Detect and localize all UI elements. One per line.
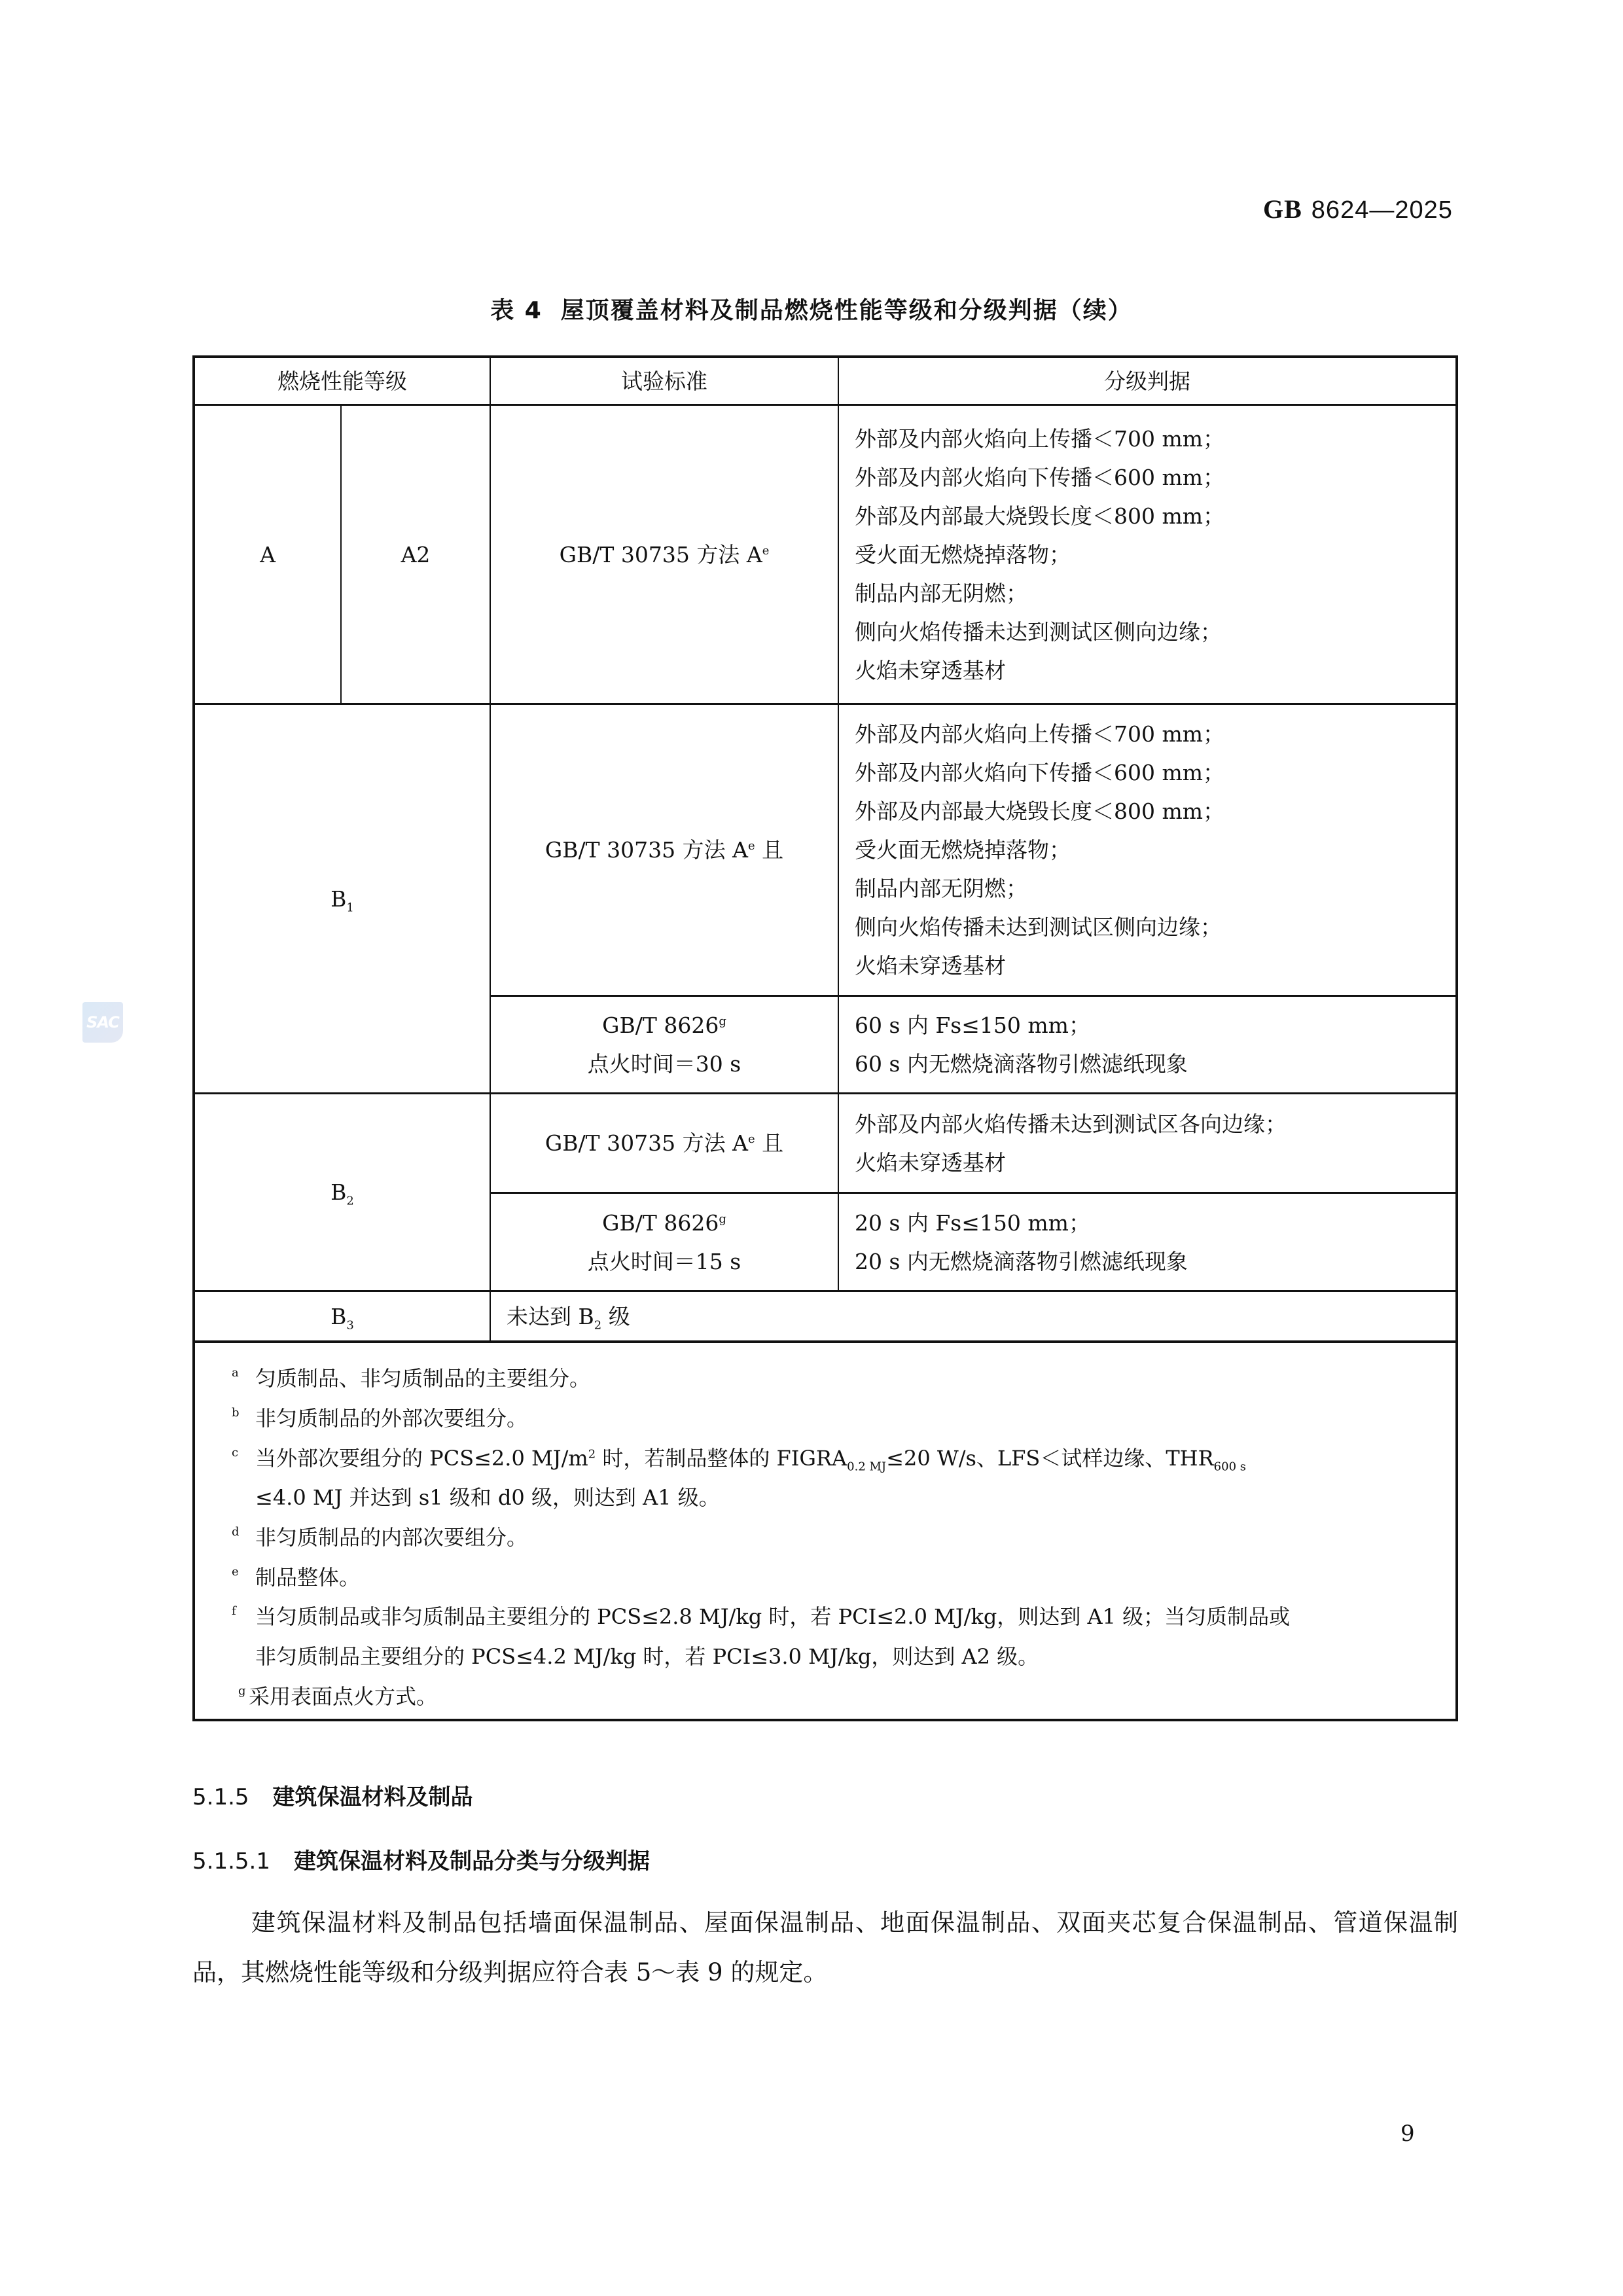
- class-letter: B: [330, 1304, 346, 1329]
- ignition-time: 点火时间＝30 s: [588, 1045, 741, 1083]
- criterion: 外部及内部火焰向下传播＜600 mm；: [855, 753, 1224, 792]
- footnote-text: 时，若制品整体的 FIGRA: [596, 1446, 847, 1471]
- class-cell-a: A: [195, 406, 340, 703]
- footnote-ref: e: [748, 839, 755, 853]
- footnote-mark: e: [232, 1559, 239, 1585]
- body-paragraph: 建筑保温材料及制品包括墙面保温制品、屋面保温制品、地面保温制品、双面夹芯复合保温…: [192, 1898, 1458, 1998]
- footnote-divider: [192, 1340, 1458, 1343]
- criterion: 60 s 内 Fs≤150 mm；: [855, 1006, 1090, 1045]
- column-header-criteria: 分级判据: [839, 358, 1455, 404]
- criterion: 火焰未穿透基材: [855, 1143, 1006, 1182]
- section-heading-5-1-5-1: 5.1.5.1建筑保温材料及制品分类与分级判据: [192, 1843, 650, 1875]
- footnote-ref: e: [748, 1132, 755, 1146]
- b3-subscript: 2: [594, 1318, 601, 1332]
- criterion: 受火面无燃烧掉落物；: [855, 831, 1071, 869]
- table-title: 屋顶覆盖材料及制品燃烧性能等级和分级判据（续）: [561, 297, 1133, 324]
- section-title: 建筑保温材料及制品分类与分级判据: [294, 1848, 650, 1874]
- doc-prefix: GB: [1263, 194, 1302, 224]
- footnote-text: 制品整体。: [255, 1565, 360, 1590]
- class-letter: B: [330, 886, 346, 912]
- criterion: 20 s 内 Fs≤150 mm；: [855, 1204, 1090, 1242]
- footnote-text: 非匀质制品主要组分的 PCS≤4.2 MJ/kg 时，若 PCI≤3.0 MJ/…: [255, 1644, 1039, 1669]
- class-cell-b2: B2: [195, 1094, 490, 1290]
- footnote-text: 采用表面点火方式。: [249, 1684, 437, 1709]
- footnote-text: ≤20 W/s、LFS＜试样边缘、THR: [886, 1446, 1214, 1471]
- standard-text: GB/T 30735 方法 A: [545, 837, 748, 863]
- footnote-c: c当外部次要组分的 PCS≤2.0 MJ/m2 时，若制品整体的 FIGRA0.…: [255, 1445, 1246, 1471]
- footnote-ref: g: [719, 1014, 726, 1028]
- footnote-mark: d: [232, 1519, 240, 1545]
- criterion: 火焰未穿透基材: [855, 946, 1006, 985]
- column-header-standard: 试验标准: [491, 358, 838, 404]
- footnote-b: b非匀质制品的外部次要组分。: [255, 1405, 527, 1431]
- footnote-mark: b: [232, 1400, 240, 1426]
- criterion: 受火面无燃烧掉落物；: [855, 535, 1071, 574]
- b3-text-suffix: 级: [601, 1304, 630, 1329]
- criterion: 外部及内部最大烧毁长度＜800 mm；: [855, 792, 1224, 831]
- criterion: 火焰未穿透基材: [855, 651, 1006, 690]
- subclass-cell-a2: A2: [342, 406, 490, 703]
- criterion: 外部及内部最大烧毁长度＜800 mm；: [855, 497, 1224, 535]
- doc-number: 8624—2025: [1311, 196, 1453, 224]
- standard-text: GB/T 30735 方法 A: [545, 1130, 748, 1156]
- b3-criteria-cell: 未达到 B2 级: [491, 1292, 1455, 1340]
- subscript: 600 s: [1214, 1460, 1246, 1473]
- criteria-cell: 60 s 内 Fs≤150 mm； 60 s 内无燃烧滴落物引燃滤纸现象: [839, 997, 1455, 1092]
- footnote-a: a匀质制品、非匀质制品的主要组分。: [255, 1365, 590, 1391]
- table-caption: 表 4屋顶覆盖材料及制品燃烧性能等级和分级判据（续）: [0, 292, 1623, 325]
- footnote-f: f当匀质制品或非匀质制品主要组分的 PCS≤2.8 MJ/kg 时，若 PCI≤…: [255, 1604, 1290, 1630]
- footnote-mark: f: [232, 1598, 236, 1624]
- b3-text: 未达到 B: [507, 1304, 594, 1329]
- criterion: 制品内部无阴燃；: [855, 869, 1027, 908]
- document-number: GB8624—2025: [1263, 194, 1453, 224]
- class-subscript: 1: [346, 901, 353, 914]
- criteria-cell: 20 s 内 Fs≤150 mm； 20 s 内无燃烧滴落物引燃滤纸现象: [839, 1194, 1455, 1290]
- criterion: 外部及内部火焰向上传播＜700 mm；: [855, 420, 1224, 458]
- criteria-cell: 外部及内部火焰传播未达到测试区各向边缘； 火焰未穿透基材: [839, 1094, 1455, 1192]
- ignition-time: 点火时间＝15 s: [588, 1242, 741, 1281]
- standard-cell: GB/T 30735 方法 Ae 且: [491, 705, 838, 995]
- footnote-d: d非匀质制品的内部次要组分。: [255, 1524, 527, 1551]
- criterion: 60 s 内无燃烧滴落物引燃滤纸现象: [855, 1045, 1188, 1083]
- column-header-class: 燃烧性能等级: [195, 358, 490, 404]
- footnote-mark: g: [238, 1678, 246, 1704]
- section-number: 5.1.5: [192, 1784, 249, 1810]
- class-letter: B: [330, 1179, 346, 1205]
- standard-text: GB/T 8626: [602, 1210, 719, 1236]
- criterion: 侧向火焰传播未达到测试区侧向边缘；: [855, 613, 1222, 651]
- criterion: 外部及内部火焰传播未达到测试区各向边缘；: [855, 1105, 1287, 1143]
- footnote-ref: g: [719, 1212, 726, 1226]
- footnote-mark: c: [232, 1440, 238, 1466]
- section-heading-5-1-5: 5.1.5建筑保温材料及制品: [192, 1779, 473, 1811]
- standard-text: GB/T 30735 方法 A: [560, 542, 762, 567]
- table-number: 表 4: [490, 297, 543, 324]
- criterion: 外部及内部火焰向上传播＜700 mm；: [855, 715, 1224, 753]
- standard-cell: GB/T 30735 方法 Ae 且: [491, 1094, 838, 1192]
- section-number: 5.1.5.1: [192, 1848, 270, 1874]
- footnote-g: g采用表面点火方式。: [249, 1683, 437, 1710]
- standard-cell: GB/T 30735 方法 Ae: [491, 406, 838, 703]
- standard-cell: GB/T 8626g 点火时间＝30 s: [491, 997, 838, 1092]
- class-subscript: 2: [346, 1194, 353, 1208]
- criterion: 侧向火焰传播未达到测试区侧向边缘；: [855, 908, 1222, 946]
- footnote-text: 当匀质制品或非匀质制品主要组分的 PCS≤2.8 MJ/kg 时，若 PCI≤2…: [255, 1604, 1290, 1629]
- class-subscript: 3: [346, 1318, 353, 1332]
- standard-suffix: 且: [755, 1130, 784, 1156]
- footnote-text: 匀质制品、非匀质制品的主要组分。: [255, 1366, 590, 1391]
- footnote-ref: e: [762, 544, 770, 558]
- criterion: 外部及内部火焰向下传播＜600 mm；: [855, 458, 1224, 497]
- superscript: 2: [588, 1447, 596, 1461]
- page-number: 9: [1400, 2121, 1415, 2147]
- footnote-mark: a: [232, 1360, 239, 1386]
- sac-logo: SAC: [82, 1002, 123, 1043]
- criteria-cell: 外部及内部火焰向上传播＜700 mm； 外部及内部火焰向下传播＜600 mm； …: [839, 406, 1455, 703]
- footnote-f-cont: 非匀质制品主要组分的 PCS≤4.2 MJ/kg 时，若 PCI≤3.0 MJ/…: [255, 1643, 1039, 1670]
- class-cell-b3: B3: [195, 1292, 490, 1340]
- subscript: 0.2 MJ: [847, 1460, 886, 1473]
- standard-text: GB/T 8626: [602, 1013, 719, 1038]
- criteria-cell: 外部及内部火焰向上传播＜700 mm； 外部及内部火焰向下传播＜600 mm； …: [839, 705, 1455, 995]
- standard-suffix: 且: [755, 837, 784, 863]
- criterion: 20 s 内无燃烧滴落物引燃滤纸现象: [855, 1242, 1188, 1281]
- footnote-text: ≤4.0 MJ 并达到 s1 级和 d0 级，则达到 A1 级。: [255, 1485, 720, 1510]
- class-cell-b1: B1: [195, 705, 490, 1092]
- footnote-text: 非匀质制品的外部次要组分。: [255, 1406, 527, 1431]
- standard-cell: GB/T 8626g 点火时间＝15 s: [491, 1194, 838, 1290]
- criterion: 制品内部无阴燃；: [855, 574, 1027, 613]
- footnote-c-cont: ≤4.0 MJ 并达到 s1 级和 d0 级，则达到 A1 级。: [255, 1484, 720, 1511]
- footnote-text: 当外部次要组分的 PCS≤2.0 MJ/m: [255, 1446, 588, 1471]
- footnote-text: 非匀质制品的内部次要组分。: [255, 1525, 527, 1550]
- footnote-e: e制品整体。: [255, 1564, 360, 1590]
- section-title: 建筑保温材料及制品: [273, 1784, 473, 1810]
